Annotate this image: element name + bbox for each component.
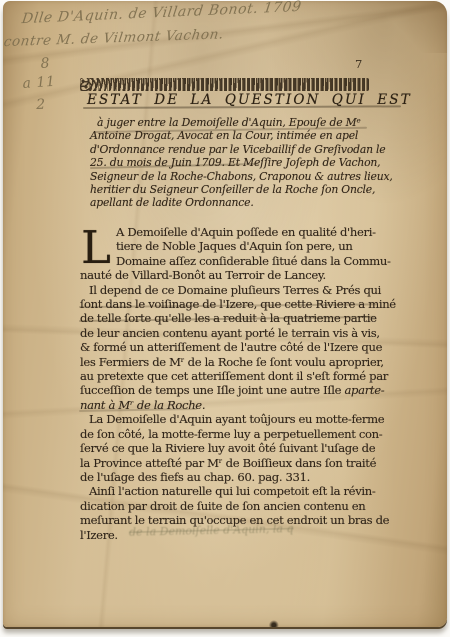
text-line: tiere de Noble Jaques d'Aquin ſon pere, … <box>80 239 380 253</box>
text-line: les Fermiers de Mʳ de la Roche ſe ſont v… <box>80 355 380 369</box>
scan-background: Dlle D'Aquin. de Villard Bonot. 1709 con… <box>0 0 450 637</box>
marginalia-number-1: 8 <box>40 55 51 72</box>
folio-number: 7 <box>355 57 362 71</box>
paragraph-2: Il depend de ce Domaine pluſieurs Terres… <box>80 283 380 413</box>
text-line: A Demoiſelle d'Aquin poſſede en qualité … <box>80 225 380 239</box>
text-line: de telle ſorte qu'elle les a reduit à la… <box>80 311 380 325</box>
text-run: ſucceſſion de temps une Iſle joint une a… <box>80 383 345 397</box>
corner-fold <box>377 1 447 53</box>
marginalia-number-3: 2 <box>36 97 46 113</box>
argument-line: Seigneur de la Roche-Chabons, Craponou &… <box>90 170 393 183</box>
argument-line: 25. du mois de Juin 1709. Et Meſſire Joſ… <box>90 156 393 169</box>
text-line: nauté de Villard-Bonôt au Terroir de Lan… <box>80 268 380 282</box>
document-page: Dlle D'Aquin. de Villard Bonot. 1709 con… <box>3 1 447 627</box>
marginalia-note-2: contre M. de Vilmont Vachon. <box>3 26 225 50</box>
text-line: ſervé ce que la Riviere luy avoit ôté ſu… <box>80 441 380 455</box>
text-line: dication par droit de ſuite de ſon ancie… <box>80 499 380 513</box>
drop-cap: L <box>81 227 111 269</box>
argument-line: Antoine Drogat, Avocat en la Cour, intim… <box>90 129 393 142</box>
argument-line: apellant de ladite Ordonnance. <box>90 196 393 209</box>
text-line: Ainſi l'action naturelle qui lui competo… <box>80 484 380 498</box>
text-line: & formé un atteriſſement de l'autre côté… <box>80 340 380 354</box>
text-line: ſucceſſion de temps une Iſle joint une a… <box>80 383 380 397</box>
text-line: Il depend de ce Domaine pluſieurs Terres… <box>80 283 380 297</box>
text-line: de ſon côté, la motte-ferme luy a perpet… <box>80 427 380 441</box>
text-line: nant à Mʳ de la Roche. <box>80 398 380 412</box>
body-text: L A Demoiſelle d'Aquin poſſede en qualit… <box>80 225 380 542</box>
text-line: la Province atteſté par Mʳ de Boiſſieux … <box>80 456 380 470</box>
text-line: de l'uſage des fiefs au chap. 60. pag. 3… <box>80 470 380 484</box>
paragraph-1: L A Demoiſelle d'Aquin poſſede en qualit… <box>80 225 380 283</box>
argument-line: à juger entre la Demoiſelle d'Aquin, Epo… <box>90 116 393 129</box>
text-line: au pretexte que cet atteriſſement dont i… <box>80 369 380 383</box>
marginalia-number-2: a 11 <box>22 74 56 92</box>
text-line: ſont dans le voiſinage de l'Izere, que c… <box>80 297 380 311</box>
marginalia-note-1: Dlle D'Aquin. de Villard Bonot. 1709 <box>21 0 303 27</box>
paragraph-3: La Demoiſelle d'Aquin ayant toûjours eu … <box>80 412 380 484</box>
argument-line: d'Ordonnance rendue par le Vicebaillif d… <box>90 143 393 156</box>
text-line: La Demoiſelle d'Aquin ayant toûjours eu … <box>80 412 380 426</box>
head-ornament-border <box>80 78 369 91</box>
document-title: ESTAT DE LA QUESTION QUI EST <box>87 92 401 108</box>
text-line: Domaine aſſez conſiderable ſitué dans la… <box>80 254 380 268</box>
argument-block: à juger entre la Demoiſelle d'Aquin, Epo… <box>90 116 393 210</box>
text-line: de leur ancien contenu ayant porté le te… <box>80 326 380 340</box>
argument-line: heritier du Seigneur Conſeiller de la Ro… <box>90 183 393 196</box>
text-run-italic: aparte- <box>345 383 385 397</box>
